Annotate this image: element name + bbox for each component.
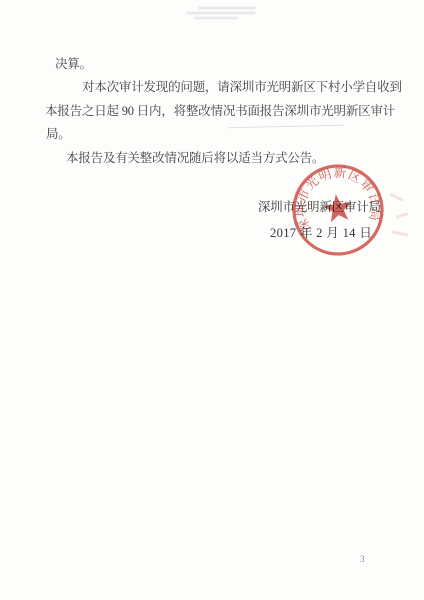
issuer-signature: 深圳市光明新区审计局 (258, 197, 381, 215)
issue-date: 2017 年 2 月 14 日 (270, 222, 372, 241)
body-line-1: 决算。 (45, 53, 393, 76)
body-text: 决算。 对本次审计发现的问题，请深圳市光明新区下村小学自收到 本报告之日起 90… (45, 53, 393, 170)
body-line-4: 局。 (45, 123, 393, 146)
scan-bleed-artifact (186, 7, 258, 23)
document-page: 决算。 对本次审计发现的问题，请深圳市光明新区下村小学自收到 本报告之日起 90… (0, 0, 424, 600)
seal-ghost-smudge (390, 193, 408, 237)
body-line-3: 本报告之日起 90 日内，将整改情况书面报告深圳市光明新区审计 (45, 100, 393, 123)
body-line-2: 对本次审计发现的问题，请深圳市光明新区下村小学自收到 (45, 76, 393, 99)
page-number: 3 (360, 554, 365, 564)
body-line-5: 本报告及有关整改情况随后将以适当方式公告。 (45, 147, 393, 170)
